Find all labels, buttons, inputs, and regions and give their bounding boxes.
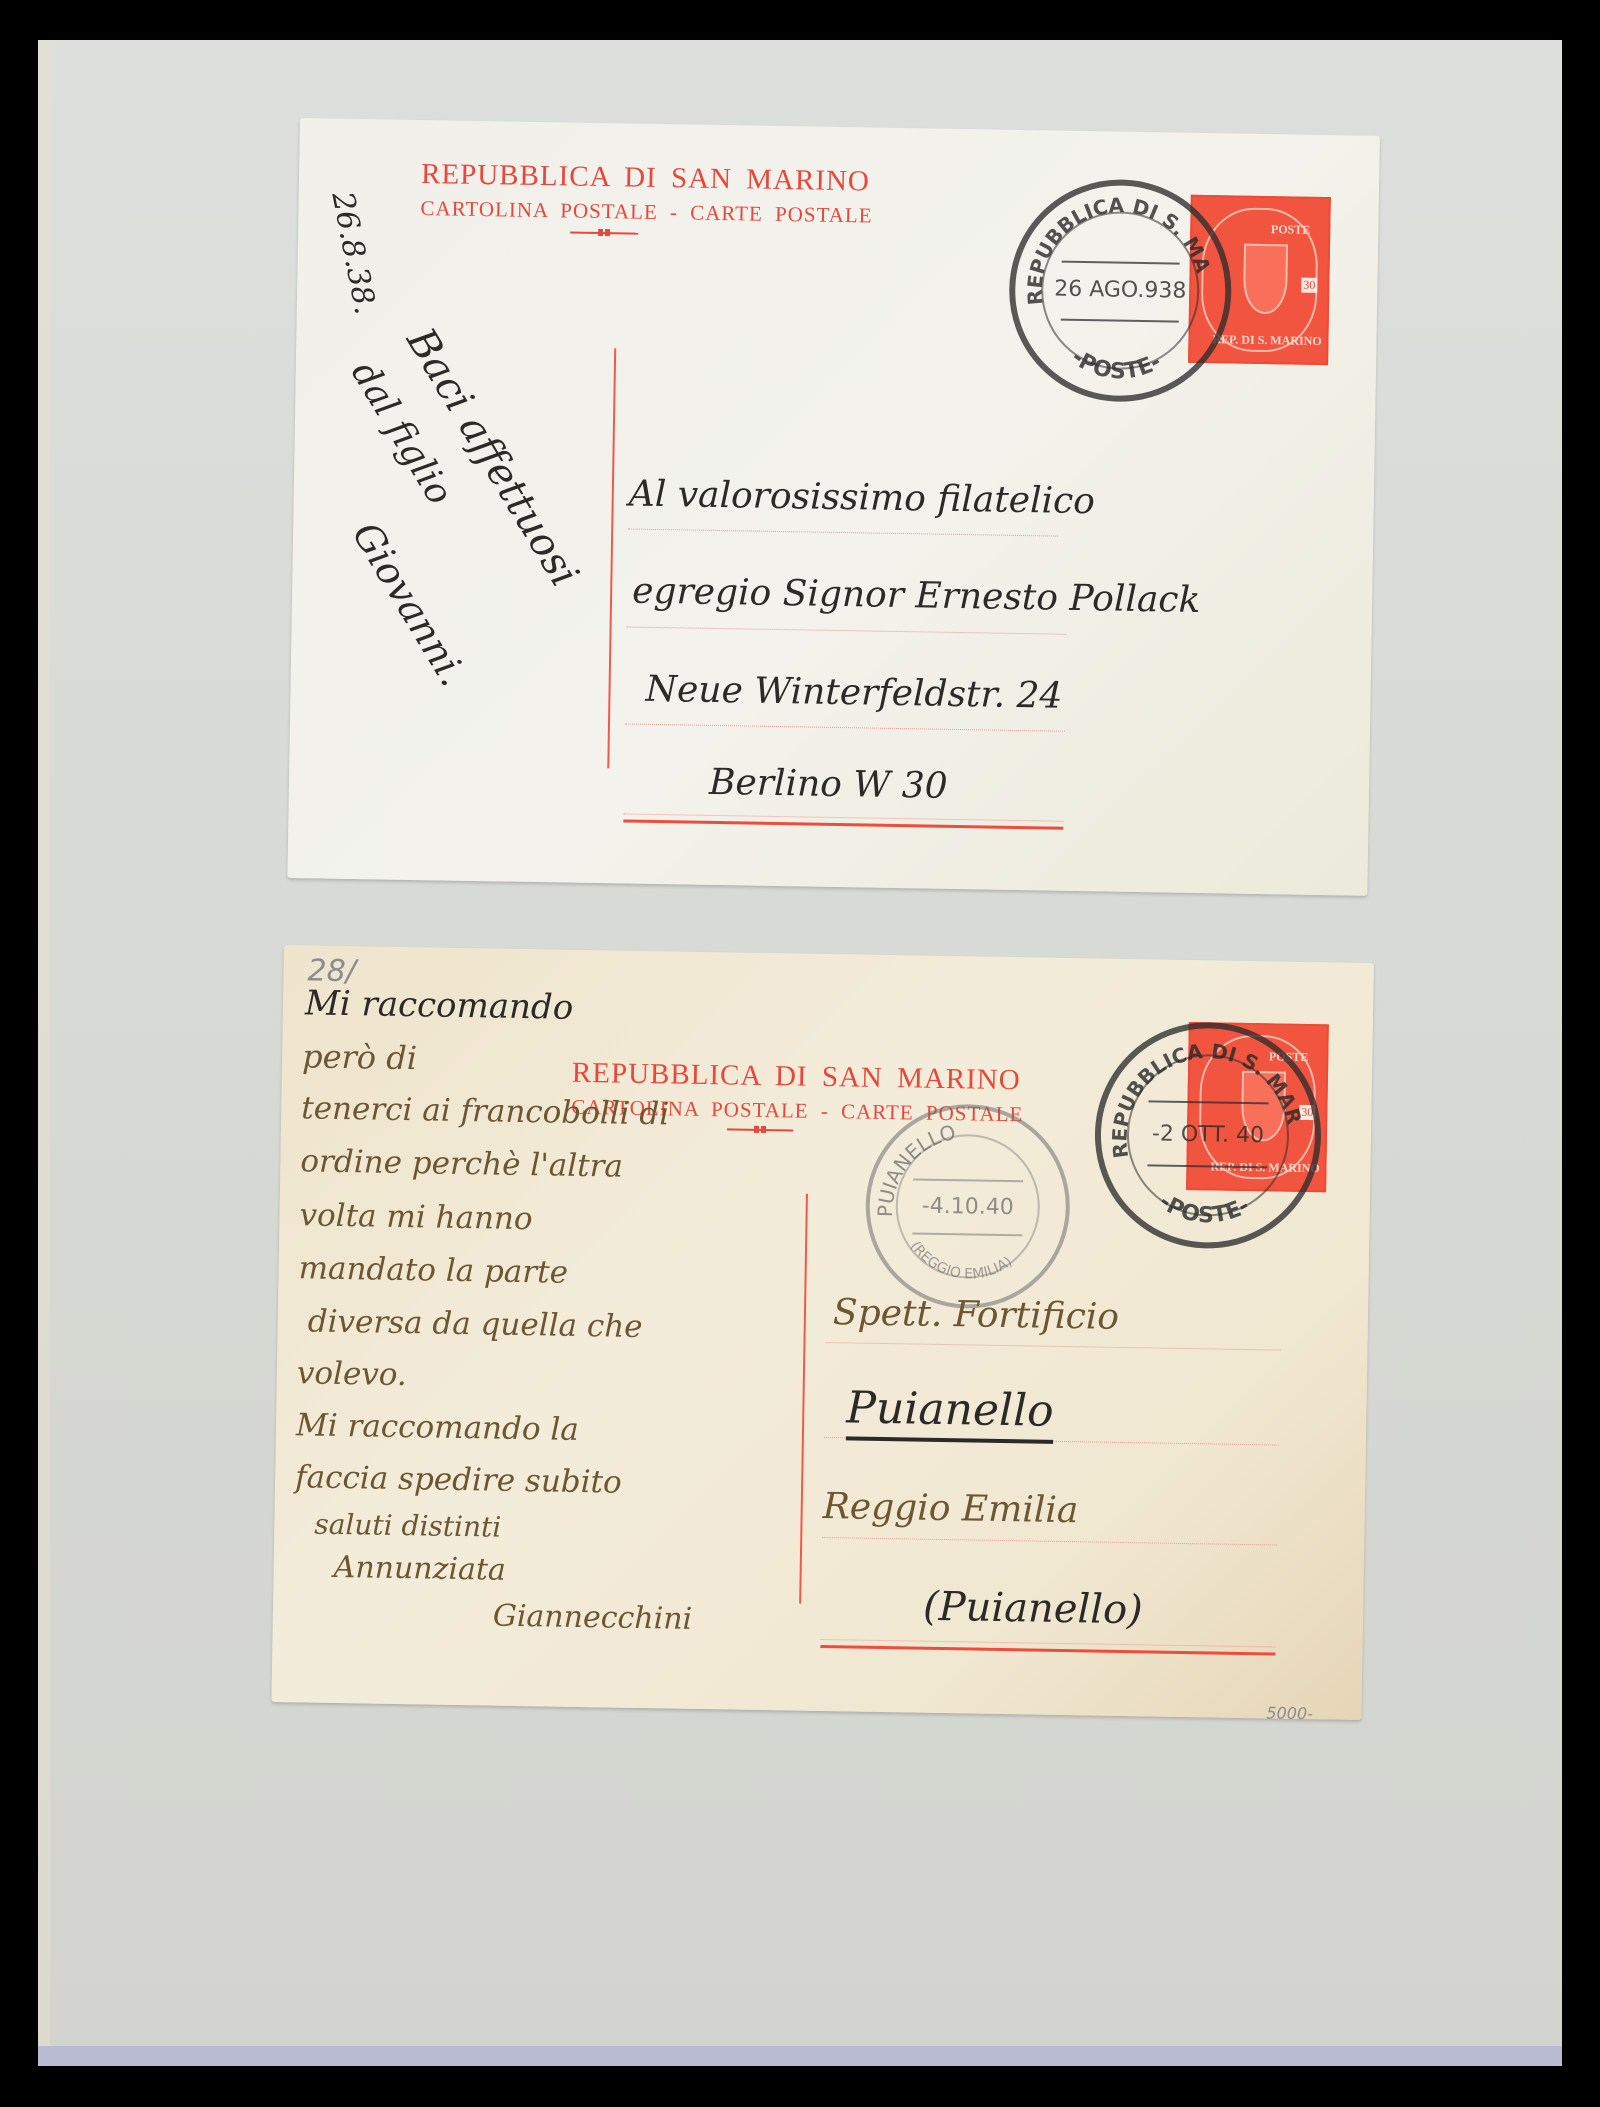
page-edge-shade: [38, 40, 50, 2066]
card1-address-line: [627, 626, 1067, 634]
card1-message-line-3: Giovanni.: [344, 514, 476, 693]
card2-message-line-8: volevo.: [297, 1355, 408, 1393]
card1-address-line-1: Al valorosissimo filatelico: [628, 474, 1095, 523]
svg-text:REPUBBLICA DI S. MARINO: REPUBBLICA DI S. MARINO: [1006, 165, 1217, 309]
svg-text:-POSTE-: -POSTE-: [1154, 1189, 1254, 1229]
card2-message-line-5: volta mi hanno: [299, 1197, 533, 1237]
card1-address-line-2: egregio Signor Ernesto Pollack: [632, 571, 1201, 621]
card2-address-line: [822, 1537, 1277, 1546]
svg-text:REPUBBLICA DI S. MARINO: REPUBBLICA DI S. MARINO: [1092, 1007, 1308, 1162]
card2-message-line-4: ordine perchè l'altra: [300, 1143, 623, 1184]
card2-address-underline: [820, 1645, 1275, 1656]
card2-address-line: [825, 1342, 1280, 1351]
svg-text:-POSTE-: -POSTE-: [1066, 345, 1166, 385]
card2-message-line-1: Mi raccomando: [305, 983, 574, 1027]
page-bottom-strip: [38, 2046, 1562, 2066]
card2-divider: [799, 1194, 807, 1604]
card1-address-line: [625, 723, 1065, 731]
card2-message-line-6: mandato la parte: [298, 1250, 568, 1290]
card1-address-underline: [623, 819, 1063, 829]
card1-address-line-3: Neue Winterfeldstr. 24: [645, 669, 1062, 717]
svg-text:(REGGIO EMILIA): (REGGIO EMILIA): [906, 1238, 1015, 1283]
card1-address-line-4: Berlino W 30: [709, 762, 948, 807]
card1-postmark: 26 AGO.938 REPUBBLICA DI S. MARINO -POST…: [1007, 178, 1233, 404]
card2-signature-line-2: Giannecchini: [493, 1599, 693, 1637]
card2-message-line-7: diversa da quella che: [307, 1303, 642, 1345]
card2-signature-line-1: Annunziata: [333, 1550, 506, 1588]
svg-text:PUIANELLO: PUIANELLO: [873, 1119, 958, 1219]
card1-stamp-value: 30: [1301, 277, 1317, 292]
card2-message-line-2: però di: [302, 1037, 417, 1077]
card2-arrival-postmark: -4.10.40 PUIANELLO (REGGIO EMILIA): [864, 1103, 1071, 1310]
postcard-1: REPUBBLICA DI SAN MARINO CARTOLINA POSTA…: [287, 118, 1379, 896]
card2-price-note: 5000-: [1266, 1703, 1313, 1723]
card2-header-title: REPUBBLICA DI SAN MARINO: [572, 1057, 1021, 1097]
card2-address-line-2: Puianello: [846, 1382, 1054, 1436]
card1-divider: [607, 348, 615, 768]
card2-ornament: [727, 1128, 793, 1131]
card2-message-line-11: saluti distinti: [314, 1508, 501, 1544]
card1-address-line: [628, 528, 1058, 536]
card2-address-line: [824, 1437, 1279, 1446]
card2-message-line-3: tenerci ai francobolli di: [301, 1090, 669, 1132]
card2-postmark: -2 OTT. 40 REPUBBLICA DI S. MARINO -POST…: [1093, 1020, 1323, 1250]
postcard-2: REPUBBLICA DI SAN MARINO CARTOLINA POSTA…: [271, 945, 1373, 1720]
card2-address-line-3: Reggio Emilia: [822, 1486, 1078, 1531]
card2-message-line-10: faccia spedire subito: [295, 1459, 622, 1500]
card2-message-line-9: Mi raccomando la: [296, 1407, 579, 1448]
card1-header-subtitle: CARTOLINA POSTALE - CARTE POSTALE: [420, 196, 872, 228]
card2-address-line-1: Spett. Fortificio: [833, 1292, 1120, 1338]
card2-address-line-4: (Puianello): [923, 1584, 1143, 1634]
card1-ornament: [570, 231, 638, 234]
card1-header-title: REPUBBLICA DI SAN MARINO: [421, 158, 870, 198]
card1-date-note: 26.8.38.: [324, 189, 382, 317]
